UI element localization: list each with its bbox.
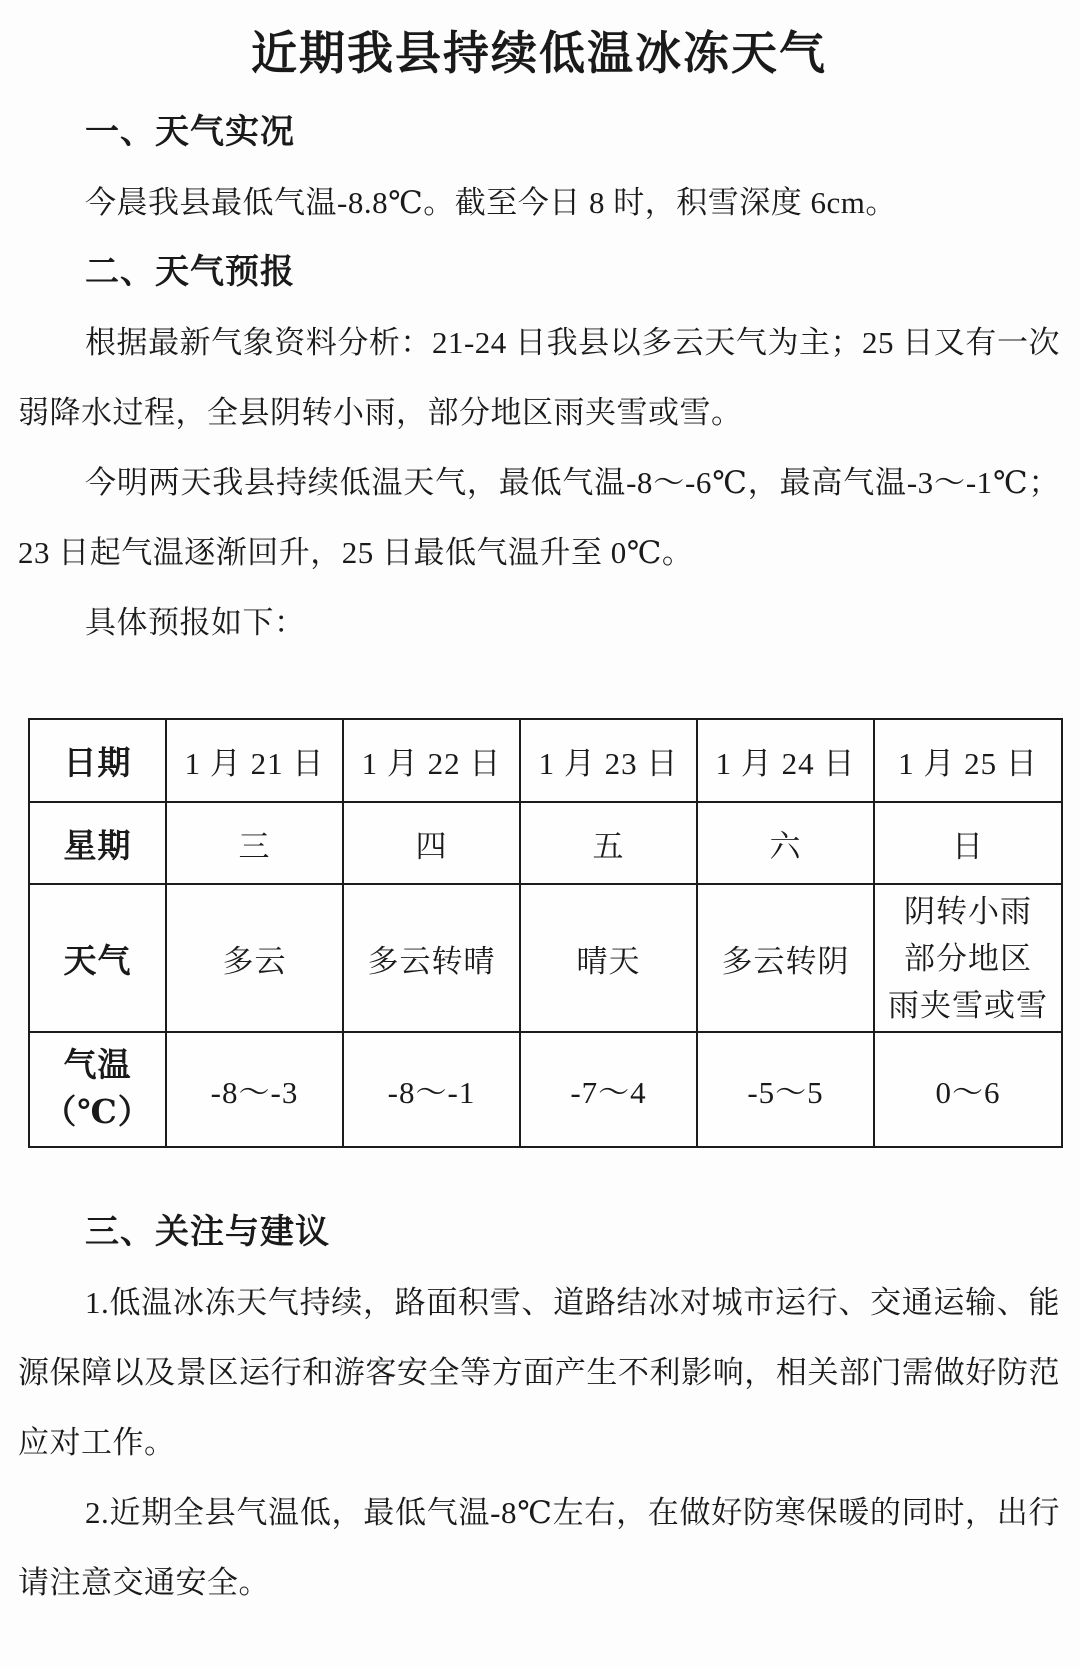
temperature-cell: -5～5 (697, 1032, 874, 1147)
date-row: 日期 1 月 21 日 1 月 22 日 1 月 23 日 1 月 24 日 1… (29, 719, 1062, 802)
weather-cell: 多云 (166, 884, 343, 1032)
temperature-cell: -8～-1 (343, 1032, 520, 1147)
row-header-weather: 天气 (29, 884, 166, 1032)
section-one-paragraph: 今晨我县最低气温-8.8℃。截至今日 8 时，积雪深度 6cm。 (18, 168, 1060, 238)
section-one-heading: 一、天气实况 (18, 98, 1060, 168)
date-cell: 1 月 25 日 (874, 719, 1062, 802)
weather-bulletin-document: 近期我县持续低温冰冻天气 一、天气实况 今晨我县最低气温-8.8℃。截至今日 8… (0, 0, 1080, 1668)
weather-row: 天气 多云 多云转晴 晴天 多云转阴 阴转小雨 部分地区 雨夹雪或雪 (29, 884, 1062, 1032)
weekday-cell: 日 (874, 802, 1062, 884)
row-header-temperature: 气温 （℃） (29, 1032, 166, 1147)
weekday-cell: 六 (697, 802, 874, 884)
temperature-cell: 0～6 (874, 1032, 1062, 1147)
weather-cell: 多云转阴 (697, 884, 874, 1032)
page-title: 近期我县持续低温冰冻天气 (18, 10, 1060, 98)
weekday-row: 星期 三 四 五 六 日 (29, 802, 1062, 884)
row-header-weekday: 星期 (29, 802, 166, 884)
weekday-cell: 四 (343, 802, 520, 884)
temperature-trend-paragraph: 今明两天我县持续低温天气，最低气温-8～-6℃，最高气温-3～-1℃；23 日起… (18, 448, 1060, 588)
advice-paragraph-2: 2.近期全县气温低，最低气温-8℃左右，在做好防寒保暖的同时，出行请注意交通安全… (18, 1478, 1060, 1618)
date-cell: 1 月 23 日 (520, 719, 697, 802)
row-header-date: 日期 (29, 719, 166, 802)
date-cell: 1 月 22 日 (343, 719, 520, 802)
forecast-intro-paragraph: 具体预报如下： (18, 588, 1060, 658)
weather-cell: 阴转小雨 部分地区 雨夹雪或雪 (874, 884, 1062, 1032)
weather-cell: 多云转晴 (343, 884, 520, 1032)
date-cell: 1 月 21 日 (166, 719, 343, 802)
forecast-analysis-paragraph: 根据最新气象资料分析：21-24 日我县以多云天气为主；25 日又有一次弱降水过… (18, 308, 1060, 448)
weather-cell: 晴天 (520, 884, 697, 1032)
section-two-heading: 二、天气预报 (18, 238, 1060, 308)
section-three-heading: 三、关注与建议 (18, 1198, 1060, 1268)
date-cell: 1 月 24 日 (697, 719, 874, 802)
forecast-table: 日期 1 月 21 日 1 月 22 日 1 月 23 日 1 月 24 日 1… (28, 718, 1063, 1148)
temperature-row: 气温 （℃） -8～-3 -8～-1 -7～4 -5～5 0～6 (29, 1032, 1062, 1147)
advice-paragraph-1: 1.低温冰冻天气持续，路面积雪、道路结冰对城市运行、交通运输、能源保障以及景区运… (18, 1268, 1060, 1478)
weekday-cell: 五 (520, 802, 697, 884)
temperature-cell: -8～-3 (166, 1032, 343, 1147)
temperature-cell: -7～4 (520, 1032, 697, 1147)
weekday-cell: 三 (166, 802, 343, 884)
